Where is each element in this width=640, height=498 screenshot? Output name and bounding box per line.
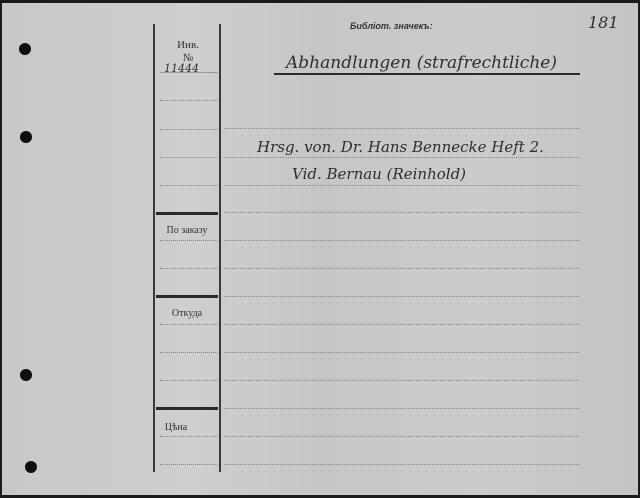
rule: [160, 464, 218, 466]
rule: [224, 212, 579, 214]
catalog-card: Инв. № 11444 По заказу Откуда Цѣна Библі…: [2, 3, 638, 495]
rule: [224, 296, 579, 298]
rule: [224, 268, 579, 270]
source-label: Откуда: [156, 308, 218, 319]
section-divider: [156, 407, 218, 410]
body-line-2: Vid. Bernau (Reinhold): [292, 165, 466, 183]
card-number: 181: [588, 13, 619, 32]
rule: [224, 240, 579, 242]
rule: [224, 352, 579, 354]
rule: [160, 324, 218, 326]
column-divider-left: [153, 24, 155, 472]
inv-label: Инв.: [158, 39, 218, 51]
punch-hole: [25, 461, 37, 473]
column-divider-right: [219, 24, 221, 472]
order-label: По заказу: [156, 225, 218, 236]
rule: [160, 268, 218, 270]
section-divider: [156, 295, 218, 298]
punch-hole: [20, 131, 32, 143]
rule: [160, 185, 218, 187]
rule: [160, 129, 218, 131]
title-underline: [274, 73, 580, 75]
library-mark-label: Библіот. значекъ:: [350, 21, 433, 31]
section-divider: [156, 212, 218, 215]
rule: [160, 100, 218, 102]
price-label: Цѣна: [156, 422, 196, 433]
body-line-1: Hrsg. von. Dr. Hans Bennecke Heft 2.: [257, 138, 544, 156]
rule: [160, 436, 218, 438]
rule: [224, 408, 579, 410]
rule: [224, 324, 579, 326]
rule: [160, 157, 218, 159]
rule: [224, 464, 579, 466]
punch-hole: [20, 369, 32, 381]
card-title: Abhandlungen (strafrechtliche): [286, 53, 557, 73]
rule: [160, 72, 218, 74]
rule: [160, 352, 218, 354]
rule: [224, 157, 579, 159]
rule: [224, 185, 579, 187]
rule: [160, 240, 218, 242]
rule: [224, 436, 579, 438]
punch-hole: [19, 43, 31, 55]
rule: [160, 380, 218, 382]
rule: [224, 128, 579, 130]
rule: [224, 380, 579, 382]
